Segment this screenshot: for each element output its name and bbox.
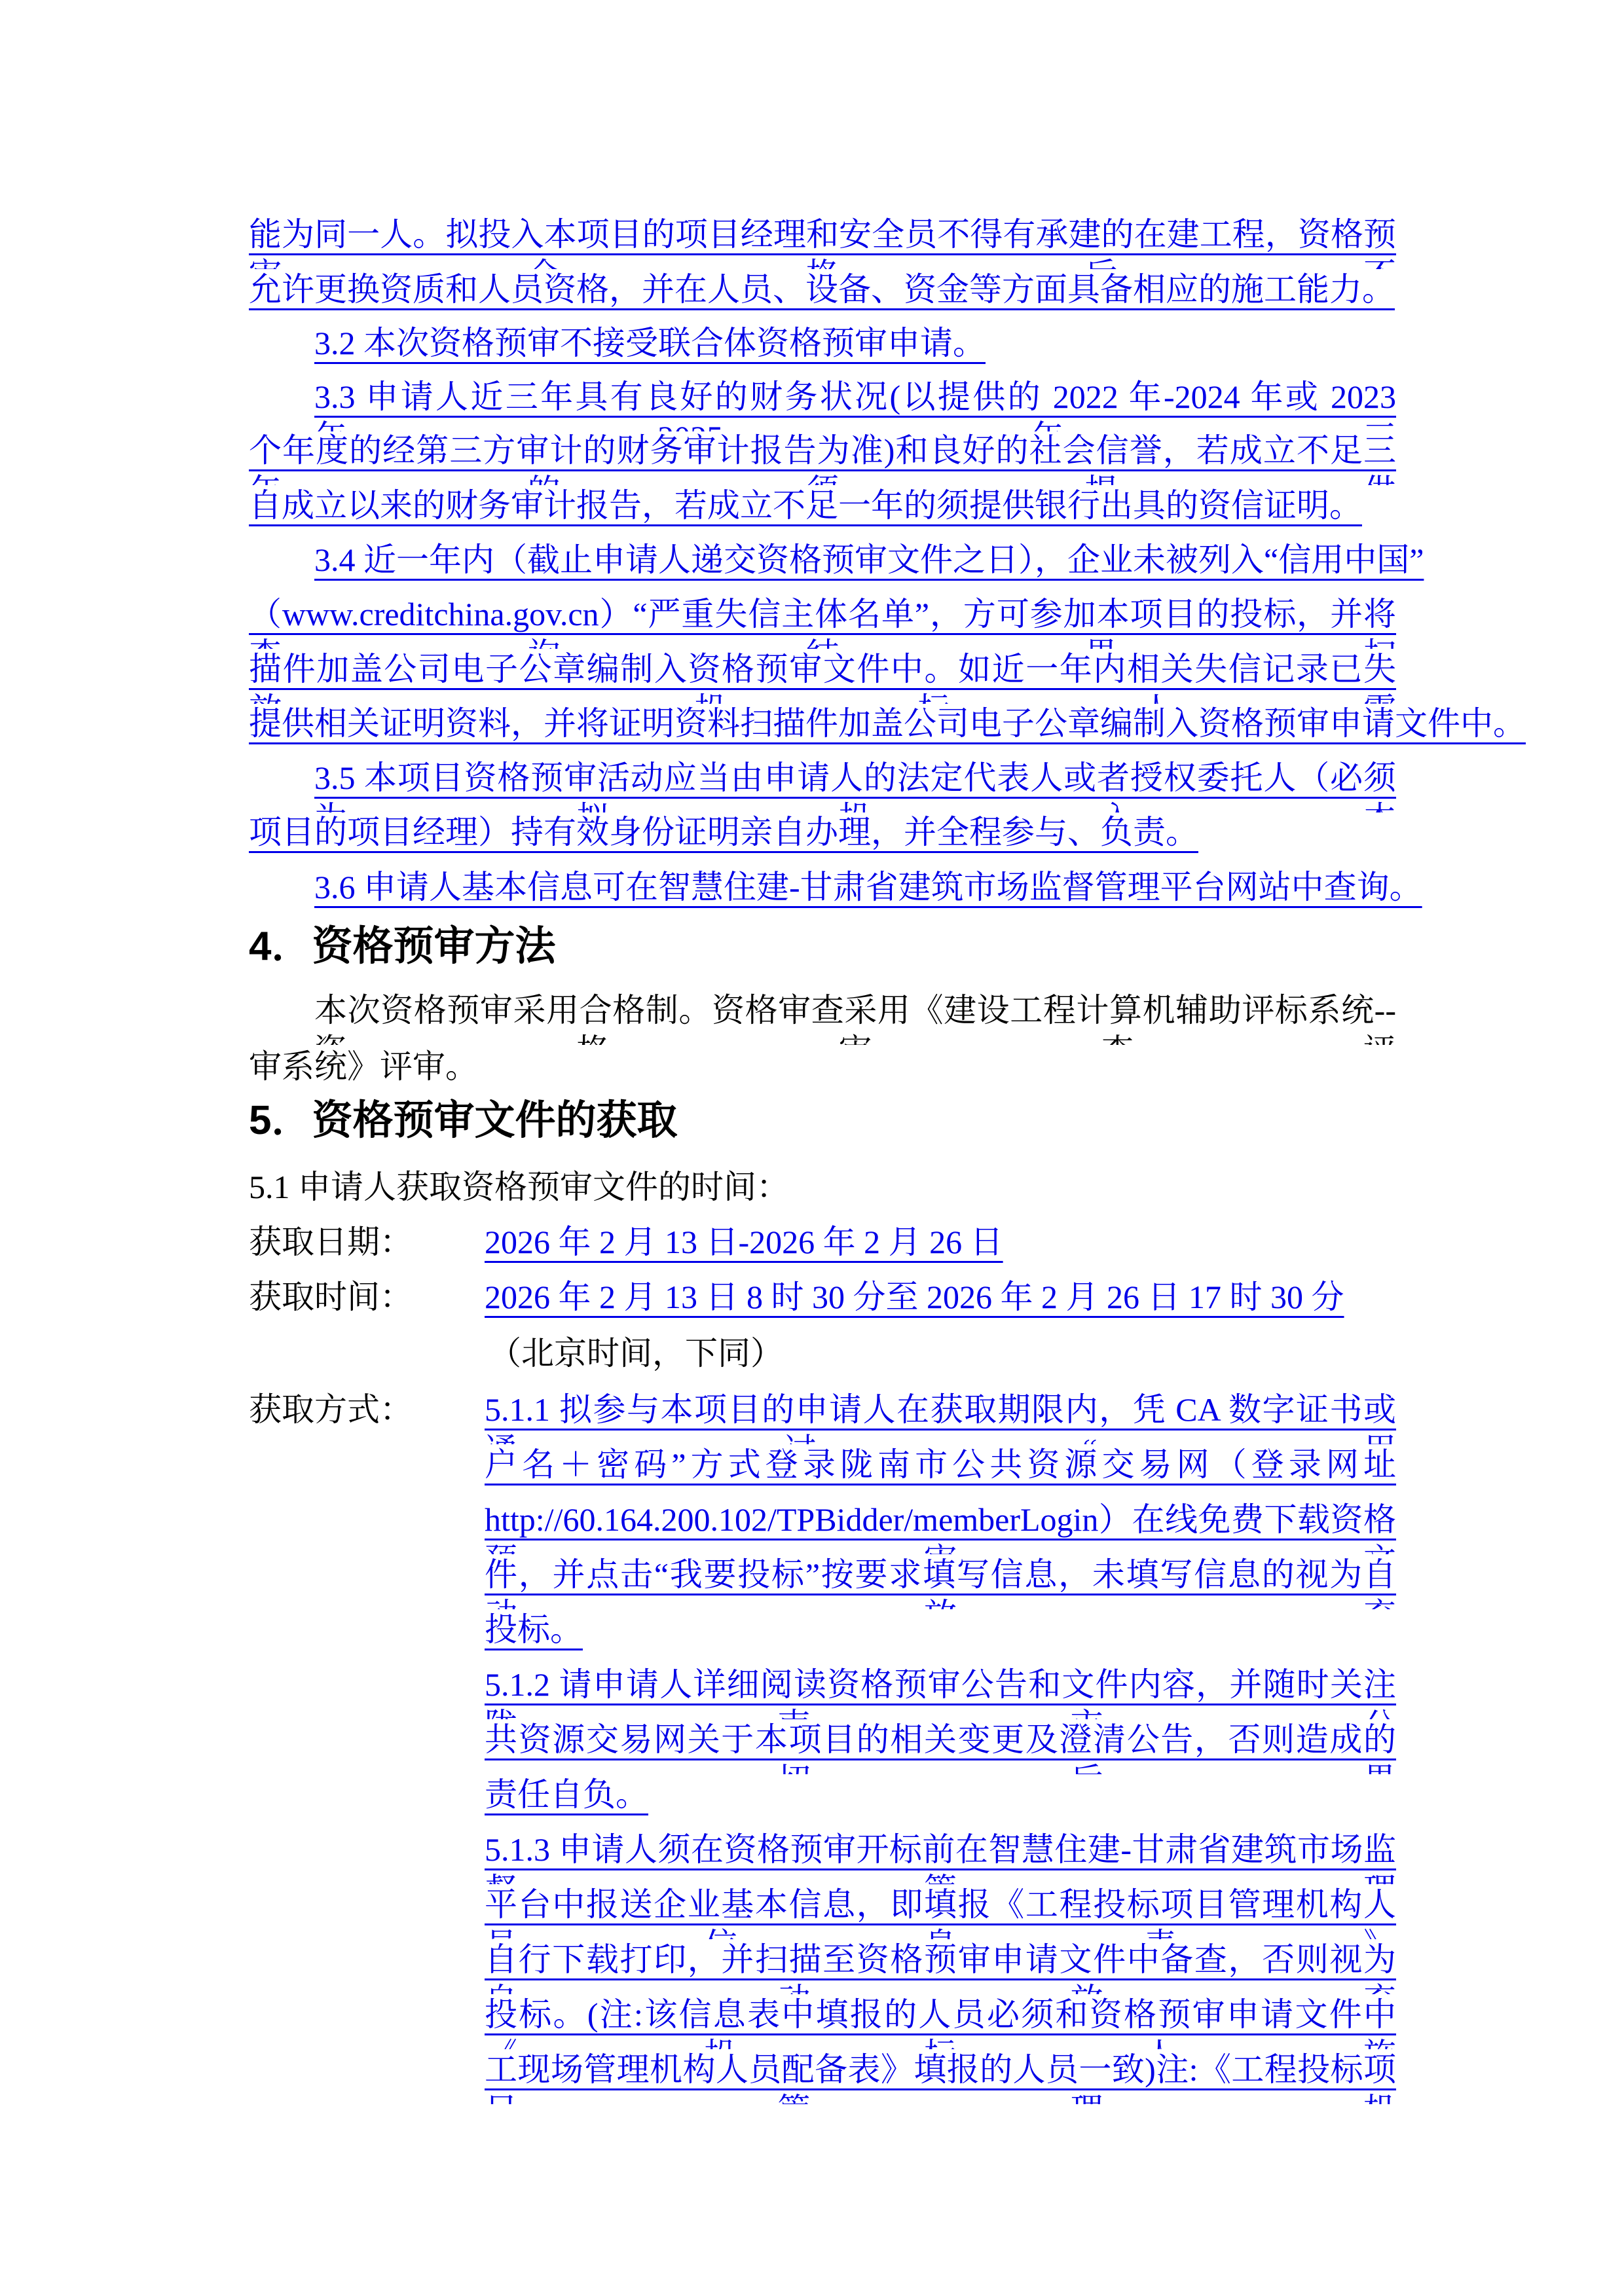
sec3-p33-line2: 个年度的经第三方审计的财务审计报告为准)和良好的社会信誉，若成立不足三年的须提供 bbox=[249, 430, 1396, 485]
method-512-line2: 共资源交易网关于本项目的相关变更及澄清公告，否则造成的一切后果 bbox=[485, 1719, 1396, 1774]
acquire-time-value: 2026 年 2 月 13 日 8 时 30 分至 2026 年 2 月 26 … bbox=[485, 1277, 1396, 1332]
method-513-line5: 工现场管理机构人员配备表》填报的人员一致)注:《工程投标项目管理机 bbox=[485, 2049, 1396, 2104]
sec3-p34-line2: （www.creditchina.gov.cn）“严重失信主体名单”，方可参加本… bbox=[249, 594, 1396, 649]
method-511-line1: 5.1.1 拟参与本项目的申请人在获取期限内，凭 CA 数字证书或通过“用 bbox=[485, 1389, 1396, 1444]
section5-heading: 5．资格预审文件的获取 bbox=[249, 1096, 677, 1146]
method-513-line1: 5.1.3 申请人须在资格预审开标前在智慧住建-甘肃省建筑市场监督管理 bbox=[485, 1829, 1396, 1884]
method-512-line1: 5.1.2 请申请人详细阅读资格预审公告和文件内容，并随时关注陇南市公 bbox=[485, 1664, 1396, 1719]
method-511-line4: 件，并点击“我要投标”按要求填写信息，未填写信息的视为自动放弃 bbox=[485, 1554, 1396, 1609]
sec3-p34-line3: 描件加盖公司电子公章编制入资格预审文件中。如近一年内相关失信记录已失效，投标人需 bbox=[249, 649, 1396, 704]
method-511-line3: http://60.164.200.102/TPBidder/memberLog… bbox=[485, 1499, 1396, 1554]
sec3-p31-cont-line2: 允许更换资质和人员资格，并在人员、设备、资金等方面具备相应的施工能力。 bbox=[249, 269, 1396, 324]
section4-heading: 4．资格预审方法 bbox=[249, 922, 555, 972]
acquire-date-value: 2026 年 2 月 13 日-2026 年 2 月 26 日 bbox=[485, 1222, 1396, 1277]
sec3-p35-line2: 项目的项目经理）持有效身份证明亲自办理，并全程参与、负责。 bbox=[249, 812, 1396, 867]
method-513-line3: 自行下载打印，并扫描至资格预审申请文件中备查，否则视为自动放弃 bbox=[485, 1939, 1396, 1994]
acquire-time-label: 获取时间： bbox=[249, 1277, 485, 1332]
method-511-line2: 户名＋密码”方式登录陇南市公共资源交易网（登录网址 bbox=[485, 1444, 1396, 1499]
sec3-p32-line: 3.2 本次资格预审不接受联合体资格预审申请。 bbox=[314, 323, 1396, 378]
sec3-p33-line1: 3.3 申请人近三年具有良好的财务状况(以提供的 2022 年-2024 年或 … bbox=[314, 376, 1396, 431]
sec3-p35-line1: 3.5 本项目资格预审活动应当由申请人的法定代表人或者授权委托人（必须为拟投入本 bbox=[314, 757, 1396, 812]
method-513-line2: 平台中报送企业基本信息，即填报《工程投标项目管理机构人员信息表》 bbox=[485, 1884, 1396, 1939]
sec3-p34-line1: 3.4 近一年内（截止申请人递交资格预审文件之日），企业未被列入“信用中国” bbox=[314, 539, 1396, 594]
document-page: 能为同一人。拟投入本项目的项目经理和安全员不得有承建的在建工程，资格预审合格后不… bbox=[0, 0, 1624, 2296]
timezone-note: （北京时间，下同） bbox=[489, 1333, 783, 1388]
sec3-p31-cont-line1: 能为同一人。拟投入本项目的项目经理和安全员不得有承建的在建工程，资格预审合格后不 bbox=[249, 214, 1396, 269]
method-513-line4: 投标。(注:该信息表中填报的人员必须和资格预审申请文件中《投标人施 bbox=[485, 1994, 1396, 2049]
sec4-body-line1: 本次资格预审采用合格制。资格审查采用《建设工程计算机辅助评标系统--资格审查评 bbox=[314, 990, 1396, 1045]
method-512-line3: 责任自负。 bbox=[485, 1774, 1396, 1829]
sec4-body-line2: 审系统》评审。 bbox=[249, 1046, 1396, 1101]
acquire-date-label: 获取日期： bbox=[249, 1222, 485, 1277]
sec5-p51-line: 5.1 申请人获取资格预审文件的时间： bbox=[249, 1167, 1396, 1222]
sec3-p33-line3: 自成立以来的财务审计报告，若成立不足一年的须提供银行出具的资信证明。 bbox=[249, 485, 1396, 540]
method-511-line5: 投标。 bbox=[485, 1609, 1396, 1664]
sec3-p34-line4: 提供相关证明资料，并将证明资料扫描件加盖公司电子公章编制入资格预审申请文件中。 bbox=[249, 703, 1396, 758]
acquire-method-label: 获取方式： bbox=[249, 1389, 485, 1444]
sec3-p36-line: 3.6 申请人基本信息可在智慧住建-甘肃省建筑市场监督管理平台网站中查询。 bbox=[314, 867, 1396, 922]
